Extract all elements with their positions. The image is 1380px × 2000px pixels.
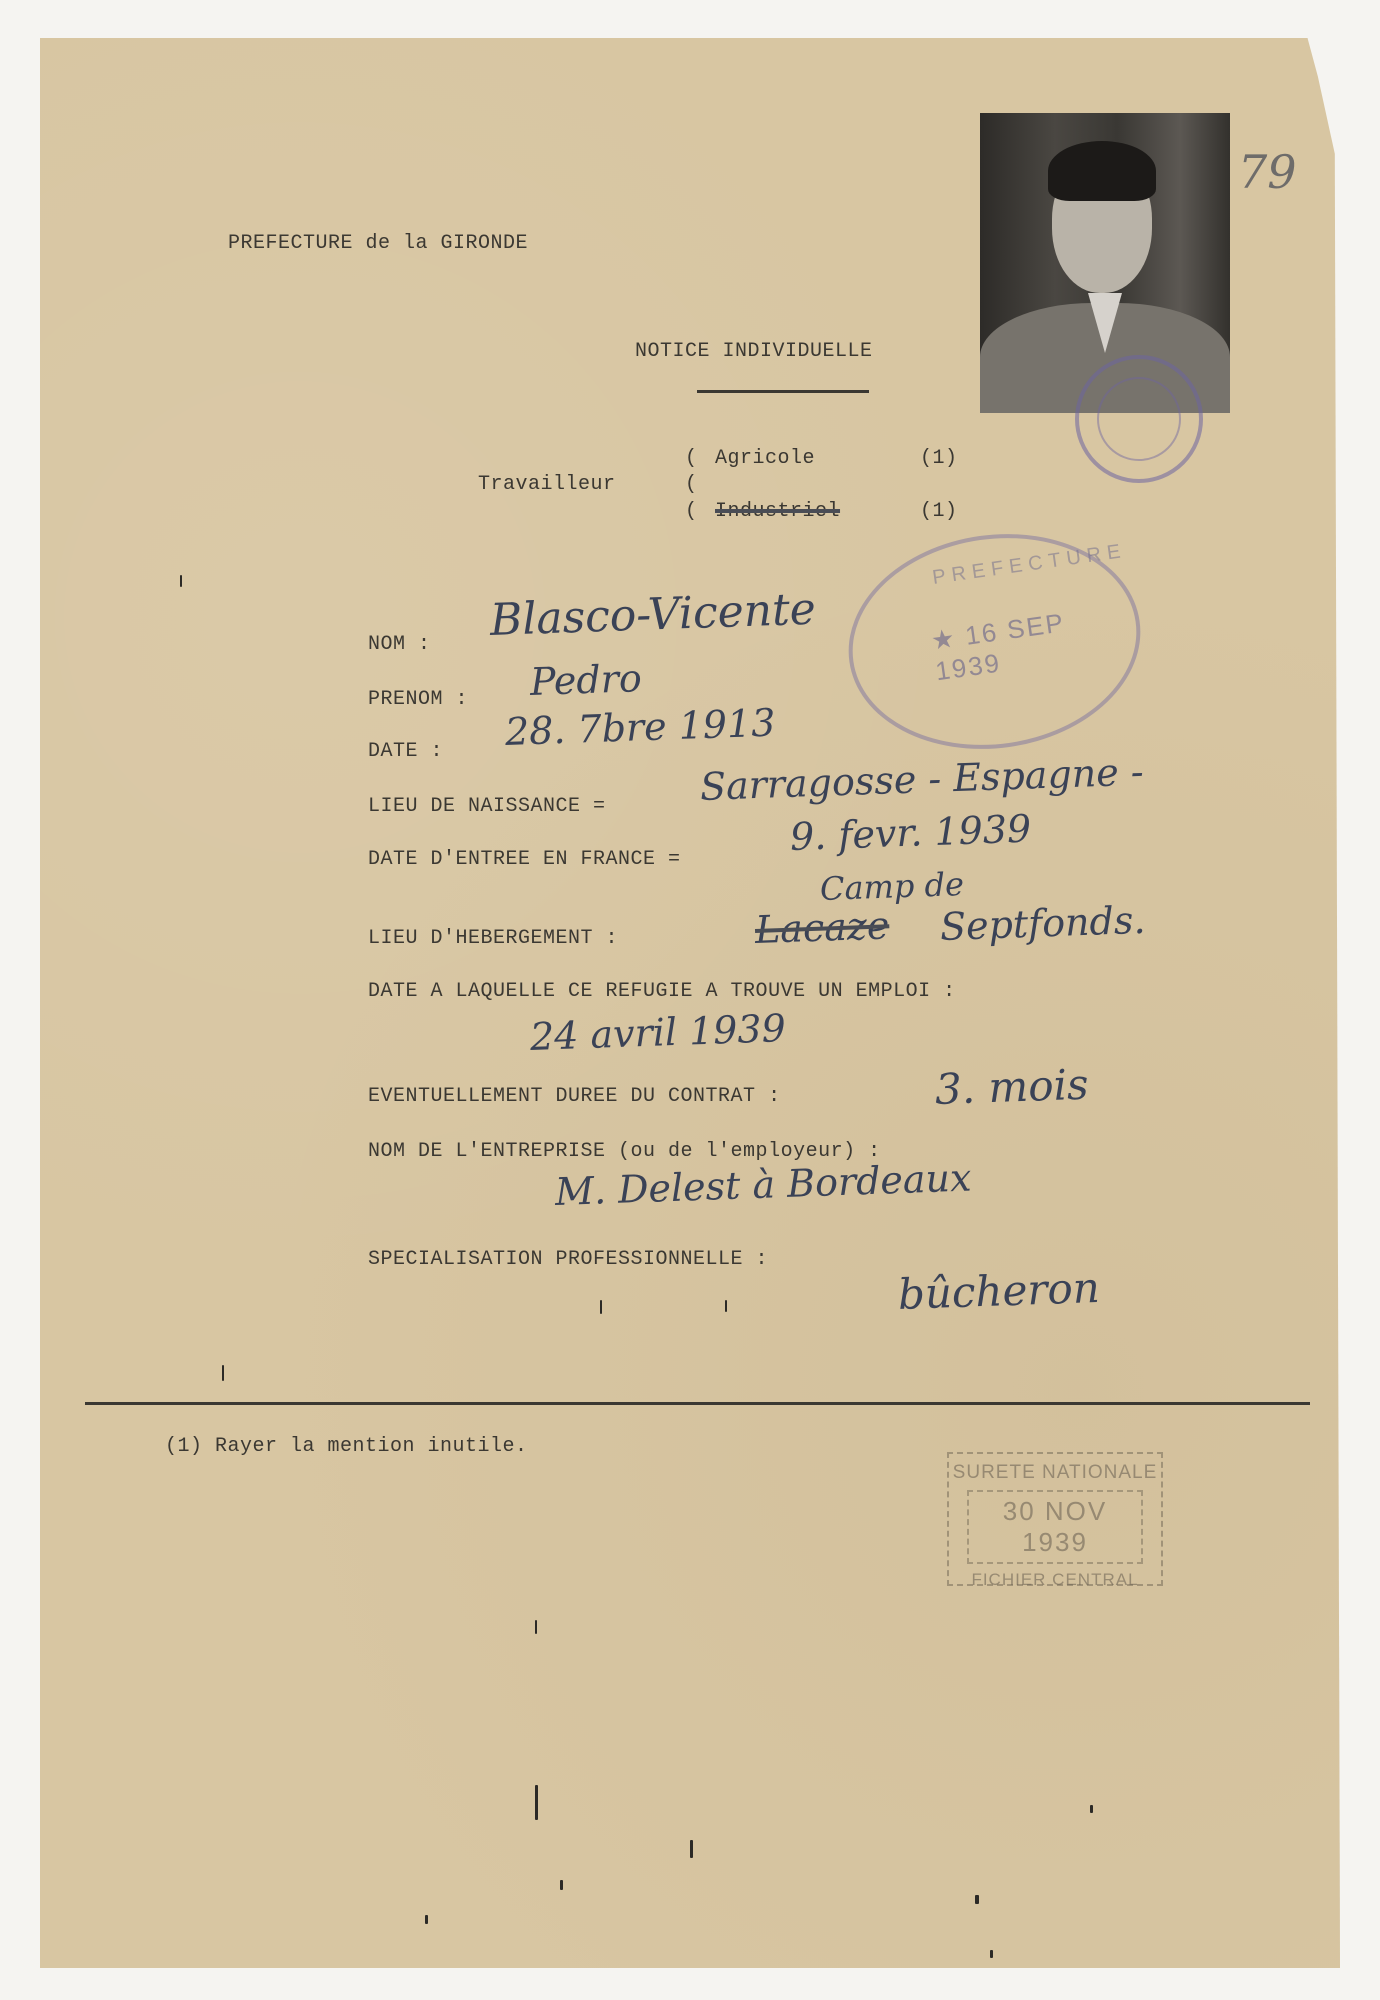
worker-type-label: Travailleur — [478, 473, 616, 496]
document-title: NOTICE INDIVIDUELLE — [635, 340, 873, 363]
worker-type-note-2: (1) — [920, 500, 958, 523]
worker-type-agricole: Agricole — [715, 447, 815, 470]
page-number: 79 — [1238, 145, 1297, 199]
surete-stamp-line1: SURETE NATIONALE — [949, 1462, 1161, 1484]
paper-speck — [725, 1300, 727, 1312]
specialisation-label: SPECIALISATION PROFESSIONNELLE : — [368, 1248, 768, 1271]
paper-speck — [1090, 1805, 1093, 1813]
lieu-naissance-label: LIEU DE NAISSANCE = — [368, 795, 606, 818]
date-value: 28. 7bre 1913 — [504, 701, 776, 754]
lieu-hebergement-struck: Lacaze — [754, 903, 890, 952]
date-emploi-label: DATE A LAQUELLE CE REFUGIE A TROUVE UN E… — [368, 980, 956, 1003]
paper-speck — [990, 1950, 993, 1958]
surete-stamp-line3: FICHIER CENTRAL — [949, 1570, 1161, 1590]
paper-speck — [535, 1620, 537, 1634]
duree-contrat-label: EVENTUELLEMENT DUREE DU CONTRAT : — [368, 1085, 781, 1108]
paper-speck — [222, 1365, 224, 1381]
date-entree-label: DATE D'ENTREE EN FRANCE = — [368, 848, 681, 871]
worker-type-industriel-struck: Industriel — [715, 500, 840, 523]
paper-speck — [600, 1300, 602, 1314]
paper-speck — [535, 1785, 538, 1813]
prefecture-header: PREFECTURE de la GIRONDE — [228, 232, 528, 255]
surete-nationale-stamp: SURETE NATIONALE 30 NOV 1939 FICHIER CEN… — [947, 1452, 1163, 1586]
photo-hair — [1048, 141, 1156, 201]
prenom-value: Pedro — [529, 656, 642, 704]
paper-speck — [690, 1840, 693, 1858]
surete-stamp-date: 30 NOV 1939 — [967, 1490, 1143, 1564]
prenom-label: PRENOM : — [368, 688, 468, 711]
footnote: (1) Rayer la mention inutile. — [165, 1435, 528, 1458]
lieu-hebergement-above: Camp de — [819, 865, 964, 908]
lieu-hebergement-value: Septfonds. — [939, 898, 1146, 949]
paren-open-1: ( — [685, 447, 698, 470]
stamp-date-text: ★ 16 SEP 1939 — [929, 597, 1141, 687]
footer-rule — [85, 1402, 1310, 1405]
duree-contrat-value: 3. mois — [934, 1060, 1089, 1114]
date-label: DATE : — [368, 740, 443, 763]
stamp-top-text: PREFECTURE — [931, 540, 1128, 590]
date-entree-value: 9. fevr. 1939 — [789, 807, 1032, 859]
worker-type-note-1: (1) — [920, 447, 958, 470]
lieu-hebergement-label: LIEU D'HEBERGEMENT : — [368, 927, 618, 950]
paper-speck — [975, 1895, 979, 1904]
paper-speck — [425, 1915, 428, 1924]
nom-label: NOM : — [368, 633, 431, 656]
paren-open-2: ( — [685, 473, 698, 496]
paren-open-3: ( — [685, 500, 698, 523]
paper-speck — [560, 1880, 563, 1890]
specialisation-value: bûcheron — [897, 1263, 1100, 1319]
date-emploi-value: 24 avril 1939 — [529, 1006, 786, 1059]
title-underline — [697, 390, 869, 393]
paper-speck — [180, 575, 182, 587]
photo-seal-stamp — [1075, 355, 1203, 483]
entreprise-label: NOM DE L'ENTREPRISE (ou de l'employeur) … — [368, 1140, 881, 1163]
